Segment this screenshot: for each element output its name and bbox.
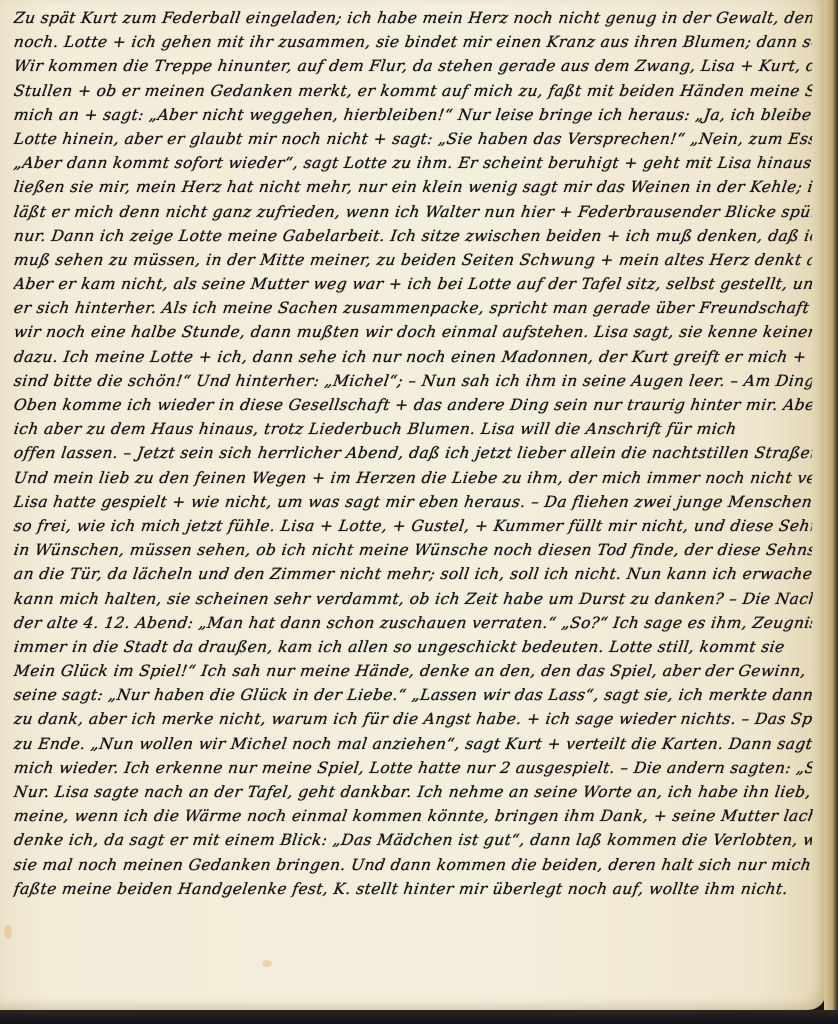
text-line: sind bitte die schön!“ Und hinterher: „M… [12, 369, 813, 393]
text-line: an die Tür, da lächeln und den Zimmer ni… [12, 562, 813, 586]
text-line: ich aber zu dem Haus hinaus, trotz Liede… [12, 417, 813, 441]
text-line: in Wünschen, müssen sehen, ob ich nicht … [12, 538, 813, 562]
text-line: Mein Glück im Spiel!“ Ich sah nur meine … [12, 659, 813, 683]
text-line: wir noch eine halbe Stunde, dann mußten … [12, 320, 813, 344]
text-line: seine sagt: „Nur haben die Glück in der … [12, 683, 813, 707]
text-line: der alte 4. 12. Abend: „Man hat dann sch… [12, 611, 813, 635]
text-line: offen lassen. – Jetzt sein sich herrlich… [12, 441, 813, 465]
text-line: Lisa hatte gespielt + wie nicht, um was … [12, 490, 813, 514]
text-line: so frei, wie ich mich jetzt fühle. Lisa … [12, 514, 813, 538]
text-line: nur. Dann ich zeige Lotte meine Gabelarb… [12, 224, 813, 248]
text-line: Wir kommen die Treppe hinunter, auf dem … [12, 54, 813, 78]
text-line: Und mein lieb zu den feinen Wegen + im H… [12, 466, 813, 490]
text-line: läßt er mich denn nicht ganz zufrieden, … [12, 200, 813, 224]
text-line: Zu spät Kurt zum Federball eingeladen; i… [12, 6, 813, 30]
text-line: „Aber dann kommt sofort wieder“, sagt Lo… [12, 151, 813, 175]
text-line: meine, wenn ich die Wärme noch einmal ko… [12, 804, 813, 828]
text-line: Oben komme ich wieder in diese Gesellsch… [12, 393, 813, 417]
text-line: sie mal noch meinen Gedanken bringen. Un… [12, 853, 813, 877]
paper-stain [4, 925, 12, 939]
text-line: dazu. Ich meine Lotte + ich, dann sehe i… [12, 345, 813, 369]
text-line: immer in die Stadt da draußen, kam ich a… [12, 635, 813, 659]
text-line: Stullen + ob er meinen Gedanken merkt, e… [12, 79, 813, 103]
text-line: Aber er kam nicht, als seine Mutter weg … [12, 272, 813, 296]
page-bottom-shadow [0, 1010, 838, 1024]
handwritten-text-block: Zu spät Kurt zum Federball eingeladen; i… [14, 6, 812, 998]
text-line [12, 901, 813, 925]
text-line: ließen sie mir, mein Herz hat nicht mehr… [12, 175, 813, 199]
text-line [12, 974, 813, 998]
text-line: Lotte hinein, aber er glaubt mir noch ni… [12, 127, 813, 151]
text-line: denke ich, da sagt er mit einem Blick: „… [12, 828, 813, 852]
text-line: er sich hinterher. Als ich meine Sachen … [12, 296, 813, 320]
text-line: faßte meine beiden Handgelenke fest, K. … [12, 877, 813, 901]
page-edge [824, 0, 838, 1024]
text-line: mich wieder. Ich erkenne nur meine Spiel… [12, 756, 813, 780]
text-line: muß sehen zu müssen, in der Mitte meiner… [12, 248, 813, 272]
diary-page: Zu spät Kurt zum Federball eingeladen; i… [0, 0, 826, 1010]
text-line: zu dank, aber ich merke nicht, warum ich… [12, 707, 813, 731]
text-line [12, 925, 813, 949]
text-line: kann mich halten, sie scheinen sehr verd… [12, 587, 813, 611]
text-line: mich an + sagt: „Aber nicht weggehen, hi… [12, 103, 813, 127]
text-line: zu Ende. „Nun wollen wir Michel noch mal… [12, 732, 813, 756]
text-line: noch. Lotte + ich gehen mit ihr zusammen… [12, 30, 813, 54]
text-line [12, 949, 813, 973]
text-line: Nur. Lisa sagte nach an der Tafel, geht … [12, 780, 813, 804]
